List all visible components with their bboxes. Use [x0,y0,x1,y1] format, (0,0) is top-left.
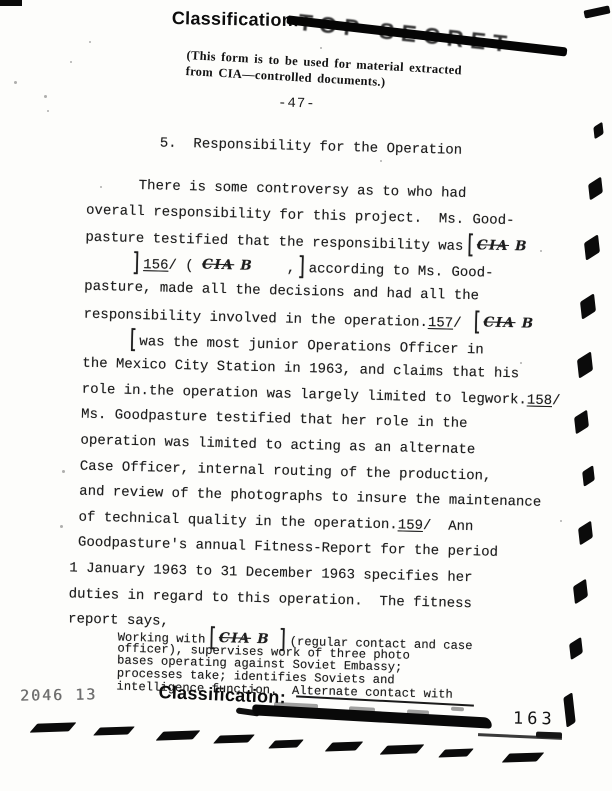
binding-mark [30,722,77,732]
binding-mark [156,730,201,740]
typed-text: report says, [68,611,169,629]
redaction-bracket: ] [130,246,142,281]
redaction-bracket: [ [471,306,483,341]
redaction-bracket: ] [296,250,308,285]
scan-artifact [0,0,22,6]
typed-text: / ( [168,257,202,274]
handwritten-annotation: B [234,257,254,273]
scan-speck [62,470,65,473]
handwritten-annotation: CIA [483,314,515,331]
typed-text: / [453,316,470,332]
binding-mark [438,749,474,758]
binding-mark [325,741,364,751]
scan-speck [14,81,17,84]
scan-speck [520,362,522,364]
scan-artifact [583,5,610,18]
binding-mark [93,726,135,735]
page-number-top: -47- [278,96,316,113]
scan-speck [320,47,322,49]
handwritten-annotation: CIA [219,630,251,647]
scan-speck [380,160,382,162]
classification-label-top: Classification: [172,8,300,31]
handwritten-annotation: B [251,631,277,648]
scan-speck [47,110,49,112]
redaction-smear [536,732,562,739]
redaction-bracket: [ [464,229,476,264]
scan-speck [560,520,562,522]
typed-text: 1 January 1963 to 31 December 1963 speci… [69,560,473,586]
redaction-bracket: [ [127,323,139,358]
page-number-bottom: 163 [513,709,556,730]
handwritten-annotation: CIA [477,237,509,254]
scan-speck [540,250,542,252]
scan-speck [60,525,63,528]
typed-text: pasture, made all the decisions and had … [84,279,479,305]
scan-speck [70,61,72,63]
binding-mark [502,752,545,762]
typed-text: of technical quality in the operation. [78,509,398,533]
handwritten-annotation: CIA [202,256,234,273]
handwritten-annotation: B [515,315,535,331]
redaction-bracket: ] [277,631,289,649]
footnote-ref: 157 [428,315,454,332]
faded-stamp-mark [451,707,464,712]
document-page: Classification: TOP SECRET (This form is… [0,0,612,791]
handwritten-annotation: B [509,238,529,254]
binding-mark [213,734,255,743]
footnote-ref: 159 [398,517,424,534]
typed-text: / Ann [423,518,474,535]
scan-speck [44,95,47,98]
typed-text: , [253,260,295,277]
body-text: There is some controversy as to who hado… [0,171,611,647]
binding-mark [593,122,603,140]
redaction-bracket: [ [206,629,218,647]
scan-speck [89,41,91,43]
binding-mark [268,740,304,749]
binding-mark [380,744,425,754]
footnote-ref: 158 [527,392,553,409]
footnote-ref: 156 [143,257,169,274]
typed-text: Ms. Goodpasture testified that her role … [81,407,468,432]
typed-text: according to Ms. Good- [308,261,493,282]
typed-text: / [552,393,561,409]
section-heading: 5. Responsibility for the Operation [160,135,612,162]
typed-content: 5. Responsibility for the Operation Ther… [0,132,612,706]
typed-text: There is some controversy as to who had [139,178,467,202]
typed-text: operation was limited to acting as an al… [80,433,475,459]
typed-text: duties in regard to this operation. The … [69,586,473,612]
document-number-stamp: 2046 13 [20,685,98,704]
scan-speck [100,186,102,188]
